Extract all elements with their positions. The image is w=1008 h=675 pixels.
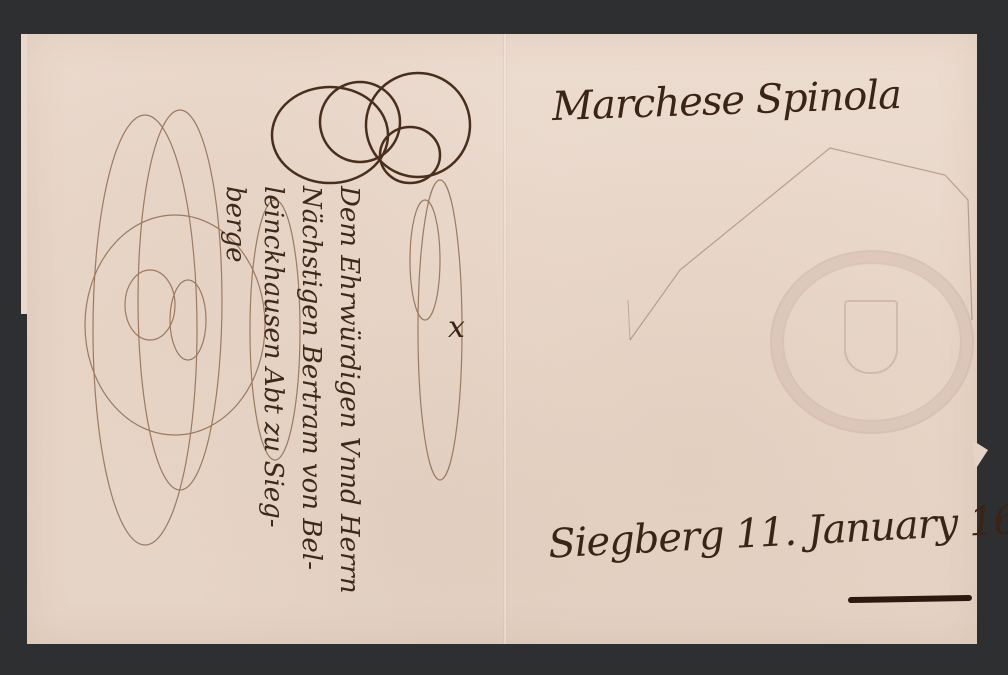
docket-line: leinckhausen Abt zu Sieg-: [254, 186, 292, 626]
docket-line: Nächstigen Bertram von Bel-: [292, 186, 330, 626]
docket-line: berge: [216, 186, 254, 626]
seal-coat-of-arms: [844, 300, 898, 374]
center-fold-line: [503, 34, 507, 644]
docket-vertical-text: Dem Ehrwürdigen Vnnd Herrn Nächstigen Be…: [238, 186, 368, 626]
cross-mark: x: [448, 310, 465, 345]
docket-line: Dem Ehrwürdigen Vnnd Herrn: [330, 186, 368, 626]
embossed-seal: [770, 250, 974, 434]
